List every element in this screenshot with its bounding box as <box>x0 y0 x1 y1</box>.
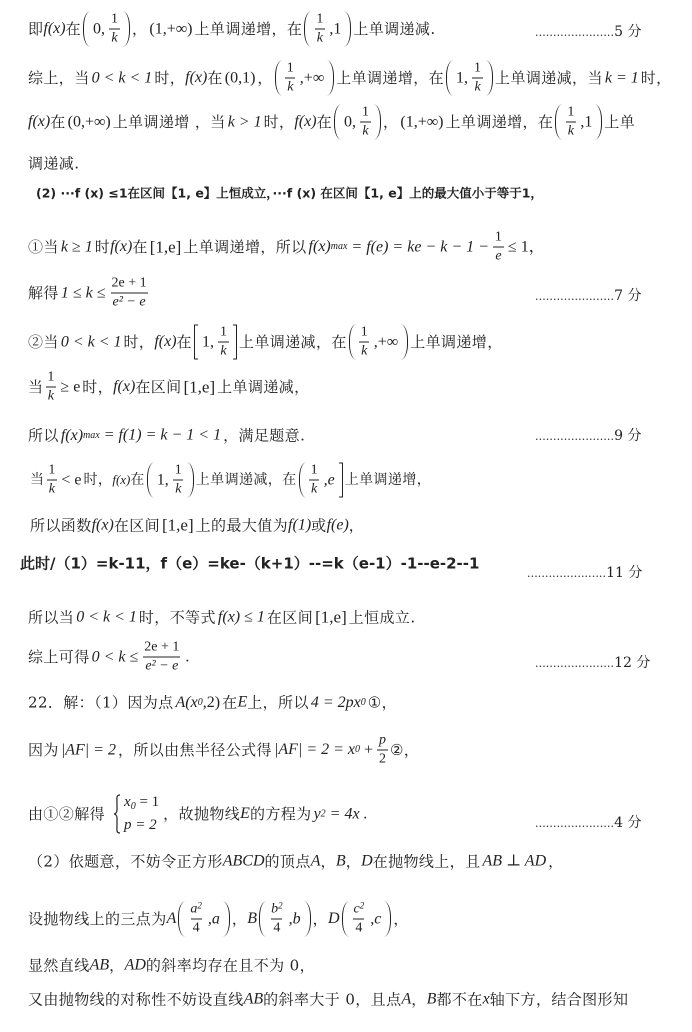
numerator: 2e + 1 <box>109 276 148 293</box>
text: 上单调递减，在 <box>196 472 297 488</box>
math: f(x) <box>92 517 114 534</box>
text: 上，所以 <box>247 693 309 711</box>
superscript: 2 <box>197 901 202 911</box>
text: 上单调递增，在 <box>195 20 303 38</box>
line-12: 所以函数f(x)在区间[1,e]上的最大值为f(1)或f(e)， <box>30 515 364 536</box>
math: 0, <box>93 19 105 39</box>
text: 上单调递减， <box>217 378 309 396</box>
text: 在区间 <box>135 378 181 396</box>
text: 或 <box>311 517 326 535</box>
text: 上单调递减，当 <box>495 69 603 87</box>
math: A(x0,2) <box>176 693 221 710</box>
text: 的斜率均存在且不为 0， <box>146 957 315 975</box>
score-mark: ......................5 分 <box>535 21 641 41</box>
text: 解得 <box>28 284 59 302</box>
text: ②， <box>390 741 419 759</box>
fraction: 1k <box>109 12 120 47</box>
text: ①， <box>368 693 397 711</box>
text: ①当 <box>28 238 59 256</box>
math: f(x)max <box>309 238 348 255</box>
text: 所以当 <box>28 609 74 627</box>
fraction: 1k <box>309 463 320 498</box>
denominator: e² − e <box>111 293 148 311</box>
point-label: A <box>167 910 177 927</box>
numerator: 1 <box>493 230 504 247</box>
numerator: 1 <box>314 12 325 29</box>
text: 所以函数 <box>30 517 92 535</box>
text: 时，不等式 <box>139 609 216 627</box>
math: ,e <box>324 470 335 490</box>
text: ， <box>109 957 124 975</box>
text: 显然直线 <box>28 957 90 975</box>
denominator: 4 <box>353 919 364 937</box>
denominator: k <box>360 122 370 140</box>
text: ， <box>349 517 364 535</box>
math: B <box>427 991 437 1008</box>
math: ,+∞ <box>374 332 398 352</box>
text: ， <box>232 910 247 928</box>
denominator: k <box>309 480 319 498</box>
score-mark: ......................7 分 <box>535 285 641 305</box>
text: 在 <box>50 113 65 131</box>
right-paren <box>187 463 194 498</box>
score-value: 12 分 <box>614 655 650 671</box>
right-bracket <box>233 325 237 360</box>
math: f(x) <box>112 472 130 487</box>
text: 即 <box>28 20 43 38</box>
math: y2 = 4x . <box>314 805 368 822</box>
denominator: k <box>47 480 57 498</box>
math: ,a <box>208 909 220 929</box>
line-18: 由①②解得x0 = 1p = 2，故抛物线E的方程为y2 = 4x . <box>28 793 370 835</box>
numerator: 1 <box>359 325 370 342</box>
superscript: 2 <box>278 901 283 911</box>
dot-leader: ...................... <box>535 657 614 670</box>
denominator: k <box>566 122 576 140</box>
right-paren <box>374 105 381 140</box>
text: 时 <box>95 238 110 256</box>
line-1: 即f(x)在0,1k，(1,+∞)上单调递增，在1k,1上单调递减. <box>28 10 436 49</box>
text: 设抛物线上的三点为 <box>28 910 167 928</box>
math: 1 ≤ k ≤ <box>61 284 106 301</box>
math: ≥ e <box>60 378 80 395</box>
subscript: max <box>83 430 100 441</box>
interval: 0,1k <box>83 10 130 49</box>
math: [1,e] <box>150 237 182 256</box>
score-value: 5 分 <box>614 24 641 40</box>
point-rest: ,2) <box>203 694 220 711</box>
text: 综上，当 <box>28 69 90 87</box>
fraction: 1k <box>314 12 325 47</box>
subscript: 0 <box>355 744 360 755</box>
text: 的斜率大于 0，且点 <box>263 991 401 1009</box>
text: 时， <box>264 113 295 131</box>
subscript: max <box>331 241 348 252</box>
text: （2）依题意，不妨令正方形 <box>28 853 223 871</box>
superscript: 2 <box>360 901 365 911</box>
line-8: ②当0 < k < 1时，f(x)在1,1k上单调递减，在1k,+∞上单调递增， <box>28 323 503 362</box>
text: 时， <box>84 472 113 488</box>
math: [1,e] <box>162 516 194 535</box>
text: 上恒成立. <box>349 609 416 627</box>
equation-rest: = 4x . <box>326 805 368 822</box>
score-value: 9 分 <box>614 428 641 444</box>
text: 上单调递增 ，当 <box>113 113 226 131</box>
numerator: 1 <box>46 463 57 480</box>
numerator: 2e + 1 <box>142 640 181 657</box>
left-paren <box>299 463 306 498</box>
fraction: 1k <box>218 325 229 360</box>
left-bracket <box>194 325 198 360</box>
line-20: 设抛物线上的三点为Aa24,a，Bb24,b，Dc24,c， <box>28 900 409 939</box>
text: 的方程为 <box>250 805 312 823</box>
left-paren <box>83 12 90 47</box>
line-17: 因为|AF| = 2，所以由焦半径公式得|AF| = 2 = x0+p2②， <box>28 733 419 768</box>
math: k ≥ 1 <box>61 238 93 255</box>
math: ,c <box>370 909 381 929</box>
math: f(x) <box>154 333 176 350</box>
line-13-bold-expression: 此时/（1）=k-11，f（e）=ke-（k+1）--=k（e-1）-1--e-… <box>20 553 479 574</box>
fraction: 1k <box>173 463 184 498</box>
math: + <box>364 741 373 758</box>
text: 在区间 <box>267 609 313 627</box>
right-paren <box>486 61 493 96</box>
text: 上单调递减，在 <box>239 333 347 351</box>
system-rows: x0 = 1p = 2 <box>124 793 159 835</box>
score-value: 4 分 <box>614 815 641 831</box>
numerator: 1 <box>309 463 320 480</box>
text: 上单调递增，在 <box>336 69 444 87</box>
system-row-1: x0 = 1 <box>124 793 159 816</box>
text: 由①②解得 <box>28 805 105 823</box>
left-paren <box>275 61 282 96</box>
text: 在 <box>66 20 81 38</box>
left-paren <box>349 325 356 360</box>
text: 在 <box>207 69 222 87</box>
numerator: 1 <box>45 370 56 387</box>
numerator: 1 <box>109 12 120 29</box>
math: B <box>336 853 346 870</box>
text: 上单调递增，在 <box>446 113 554 131</box>
text: ，所以由焦半径公式得 <box>118 741 272 759</box>
score-value: 7 分 <box>614 288 641 304</box>
interval: 1,1k <box>194 323 237 362</box>
math: f(x) ≤ 1 <box>218 609 265 626</box>
math: E <box>237 693 247 710</box>
text: 上单调递增， <box>345 472 431 488</box>
line-9: 当1k≥ e时，f(x)在区间[1,e]上单调递减， <box>28 370 310 405</box>
math: 0 < k < 1 <box>92 69 153 86</box>
math: f(x) <box>185 69 207 86</box>
numerator: 1 <box>565 105 576 122</box>
text: (2) ···f (x) ≤1在区间【1, e】上恒成立，···f (x) 在区… <box>36 185 543 200</box>
fraction: 1k <box>360 105 371 140</box>
math: 0 < k ≤ <box>92 648 139 665</box>
fraction: p2 <box>377 733 388 768</box>
text: 在 <box>132 238 147 256</box>
math: ,b <box>289 909 301 929</box>
math: ,+∞ <box>300 68 324 88</box>
text: 上单调递增， <box>410 333 502 351</box>
math: x <box>483 991 490 1008</box>
line-19: （2）依题意，不妨令正方形ABCD的顶点A，B，D在抛物线上，且AB ⊥ AD， <box>28 851 564 872</box>
math: . <box>185 648 189 665</box>
coordinate: b24,b <box>259 900 311 939</box>
math: k = 1 <box>605 69 639 86</box>
text: ， <box>411 991 426 1009</box>
numerator: c2 <box>352 902 367 919</box>
math: f(x) <box>110 238 132 255</box>
text: ，满足题意. <box>223 426 305 444</box>
text: 在抛物线上，且 <box>373 853 481 871</box>
line-10: 所以f(x)max= f(1) = k − 1 < 1，满足题意. <box>28 424 305 445</box>
line-3: f(x)在(0,+∞)上单调递增 ，当k > 1时，f(x)在0,1k，(1,+… <box>28 103 635 142</box>
score-mark: ......................9 分 <box>535 425 641 445</box>
text: ， <box>346 853 361 871</box>
text: 综上可得 <box>28 648 90 666</box>
interval: 1k,e <box>299 461 343 500</box>
text: 因为 <box>28 741 59 759</box>
left-paren <box>446 61 453 96</box>
dot-leader: ...................... <box>535 290 614 303</box>
interval: 1k,1 <box>555 103 602 142</box>
math: (1,+∞) <box>149 20 192 37</box>
math: = f(e) = ke − k − 1 − <box>351 238 489 255</box>
text: 当 <box>28 378 43 396</box>
denominator: k <box>218 342 228 360</box>
fraction: 2e + 1e² − e <box>142 640 181 675</box>
math: 1, <box>202 332 214 352</box>
right-paren <box>595 105 602 140</box>
line-15: 综上可得0 < k ≤2e + 1e² − e. <box>28 640 191 675</box>
variable: y <box>314 805 321 822</box>
coordinate: c24,c <box>342 900 392 939</box>
line-22: 又由抛物线的对称性不妨设直线AB的斜率大于 0，且点A，B都不在x轴下方，结合图… <box>28 989 628 1010</box>
math: (1,+∞) <box>400 113 443 130</box>
text: 轴下方，结合图形知 <box>490 991 629 1009</box>
function: f(x) <box>309 238 331 255</box>
line-21: 显然直线AB，AD的斜率均存在且不为 0， <box>28 955 315 976</box>
text: ， <box>257 69 272 87</box>
line-16-question-22: 22．解：（1）因为点A(x0,2)在E上，所以4 = 2px0①， <box>28 691 397 712</box>
fraction: 1k <box>359 325 370 360</box>
dot-leader: ...................... <box>527 567 606 580</box>
subscript: 0 <box>361 697 366 708</box>
math: f(x) <box>28 113 50 130</box>
denominator: k <box>173 480 183 498</box>
math: 0, <box>344 112 356 132</box>
denominator: k <box>359 342 369 360</box>
numerator: 1 <box>472 61 483 78</box>
math: A <box>401 991 411 1008</box>
fraction: 2e + 1e² − e <box>109 276 148 311</box>
line-7: 解得1 ≤ k ≤2e + 1e² − e <box>28 276 151 311</box>
function: f(x) <box>61 427 83 444</box>
line-5-part2-heading: (2) ···f (x) ≤1在区间【1, e】上恒成立，···f (x) 在区… <box>36 183 543 204</box>
math: 1, <box>456 68 468 88</box>
interval: 1k,+∞ <box>349 323 408 362</box>
math: 0 < k < 1 <box>61 333 122 350</box>
text: 时， <box>641 69 672 87</box>
fraction: 1k <box>472 61 483 96</box>
math: 0 < k < 1 <box>76 609 137 626</box>
text: ②当 <box>28 333 59 351</box>
left-paren <box>342 902 349 937</box>
left-paren <box>334 105 341 140</box>
text: ， <box>313 910 328 928</box>
numerator: b2 <box>269 902 285 919</box>
text: 在 <box>177 333 192 351</box>
point: A(x <box>176 694 198 711</box>
right-paren <box>304 902 311 937</box>
text: 当 <box>30 472 44 488</box>
math: |AF| = 2 = x0 <box>274 741 360 758</box>
right-paren <box>344 12 351 47</box>
right-paren <box>223 902 230 937</box>
math: f(1) <box>288 517 311 534</box>
numerator: a2 <box>188 902 204 919</box>
score-mark: ......................12 分 <box>535 652 650 672</box>
point-label: B <box>247 910 257 927</box>
math: ABCD <box>223 853 265 870</box>
text: 时， <box>154 69 185 87</box>
math: (0,1) <box>225 69 256 86</box>
left-paren <box>178 902 185 937</box>
text: ， <box>321 853 336 871</box>
right-paren <box>384 902 391 937</box>
left-paren <box>147 463 154 498</box>
fraction: b24 <box>269 902 285 937</box>
text: 的顶点 <box>265 853 311 871</box>
score-mark: ......................4 分 <box>535 812 641 832</box>
left-paren <box>304 12 311 47</box>
denominator: 4 <box>271 919 282 937</box>
text: ， <box>383 113 398 131</box>
fraction: a24 <box>188 902 204 937</box>
text: 22．解：（1）因为点 <box>28 693 174 711</box>
interval: 0,1k <box>334 103 381 142</box>
numerator: 1 <box>360 105 371 122</box>
denominator: e <box>493 247 503 265</box>
value: = 1 <box>136 794 159 810</box>
line-6: ①当k ≥ 1时f(x)在[1,e]上单调递增，所以f(x)max= f(e) … <box>28 230 547 265</box>
math: f(x) <box>294 113 316 130</box>
score-mark: ......................11 分 <box>527 562 642 582</box>
numerator: 1 <box>218 325 229 342</box>
math: A <box>311 853 321 870</box>
math: (0,+∞) <box>68 113 111 130</box>
text: 上单调递增，所以 <box>183 238 306 256</box>
line-14: 所以当0 < k < 1时，不等式f(x) ≤ 1在区间[1,e]上恒成立. <box>28 607 416 628</box>
score-value: 11 分 <box>606 565 642 581</box>
equation: |AF| = 2 = x <box>274 741 355 758</box>
denominator: k <box>285 78 295 96</box>
interval: 1k,1 <box>304 10 351 49</box>
text: 在区间 <box>114 517 160 535</box>
interval: 1,1k <box>147 461 194 500</box>
math: f(x) <box>43 20 65 37</box>
text: 所以 <box>28 426 59 444</box>
math: ,1 <box>329 19 341 39</box>
interval: 1k,+∞ <box>275 59 334 98</box>
math: k > 1 <box>228 113 262 130</box>
math: D <box>361 853 373 870</box>
denominator: k <box>315 29 325 47</box>
equation: 4 = 2px <box>311 694 361 711</box>
right-paren <box>401 325 408 360</box>
numerator: 1 <box>285 61 296 78</box>
text: 又由抛物线的对称性不妨设直线 <box>28 991 244 1009</box>
line-11: 当1k< e时，f(x)在1,1k上单调递减，在1k,e上单调递增， <box>30 461 431 500</box>
dot-leader: ...................... <box>535 430 614 443</box>
math: [1,e] <box>184 377 216 396</box>
fraction: 1k <box>285 61 296 96</box>
right-bracket <box>339 463 343 498</box>
text: 上的最大值为 <box>196 517 288 535</box>
math: 1, <box>157 470 169 490</box>
text: 时， <box>82 378 113 396</box>
fraction: 1e <box>493 230 504 265</box>
denominator: k <box>109 29 119 47</box>
fraction: 1k <box>45 370 56 405</box>
dot-leader: ...................... <box>535 26 614 39</box>
text: ， <box>132 20 147 38</box>
math: [1,e] <box>315 608 347 627</box>
math: = f(1) = k − 1 < 1 <box>104 426 221 443</box>
math: |AF| = 2 <box>61 741 116 758</box>
coordinate: a24,a <box>178 900 230 939</box>
math: AB <box>244 991 264 1008</box>
denominator: 2 <box>377 750 388 768</box>
text: 调递减. <box>28 155 79 173</box>
left-brace-icon <box>113 794 121 834</box>
fraction: 1k <box>46 463 57 498</box>
fraction: c24 <box>352 902 367 937</box>
math: < e <box>61 471 81 488</box>
interval: 1,1k <box>446 59 493 98</box>
system-row-2: p = 2 <box>124 816 159 835</box>
text: 在 <box>222 693 237 711</box>
text: 上单 <box>604 113 635 131</box>
math: ,1 <box>580 112 592 132</box>
denominator: e² − e <box>143 657 180 675</box>
line-2: 综上，当0 < k < 1时，f(x)在(0,1)，1k,+∞上单调递增，在1,… <box>28 59 672 98</box>
text: ，故抛物线 <box>163 805 240 823</box>
math: AD <box>125 957 146 974</box>
math: AB ⊥ AD <box>482 853 546 870</box>
math: f(x) <box>113 378 135 395</box>
math: f(e) <box>327 517 349 534</box>
text: 都不在 <box>436 991 482 1009</box>
text: ， <box>548 853 563 871</box>
line-4: 调递减. <box>28 153 79 174</box>
numerator: 1 <box>173 463 184 480</box>
numerator: p <box>377 733 388 750</box>
math: f(x)max <box>61 426 100 443</box>
denominator: k <box>46 387 56 405</box>
left-paren <box>555 105 562 140</box>
text: ， <box>393 910 408 928</box>
denominator: k <box>472 78 482 96</box>
math: E <box>240 805 250 822</box>
math: ≤ 1， <box>508 238 545 255</box>
text: 此时/（1）=k-11，f（e）=ke-（k+1）--=k（e-1）-1--e-… <box>20 554 479 572</box>
equation-system: x0 = 1p = 2 <box>113 793 159 835</box>
point-label: D <box>328 910 340 927</box>
text: 上单调递减. <box>353 20 435 38</box>
text: 在 <box>317 113 332 131</box>
right-paren <box>327 61 334 96</box>
